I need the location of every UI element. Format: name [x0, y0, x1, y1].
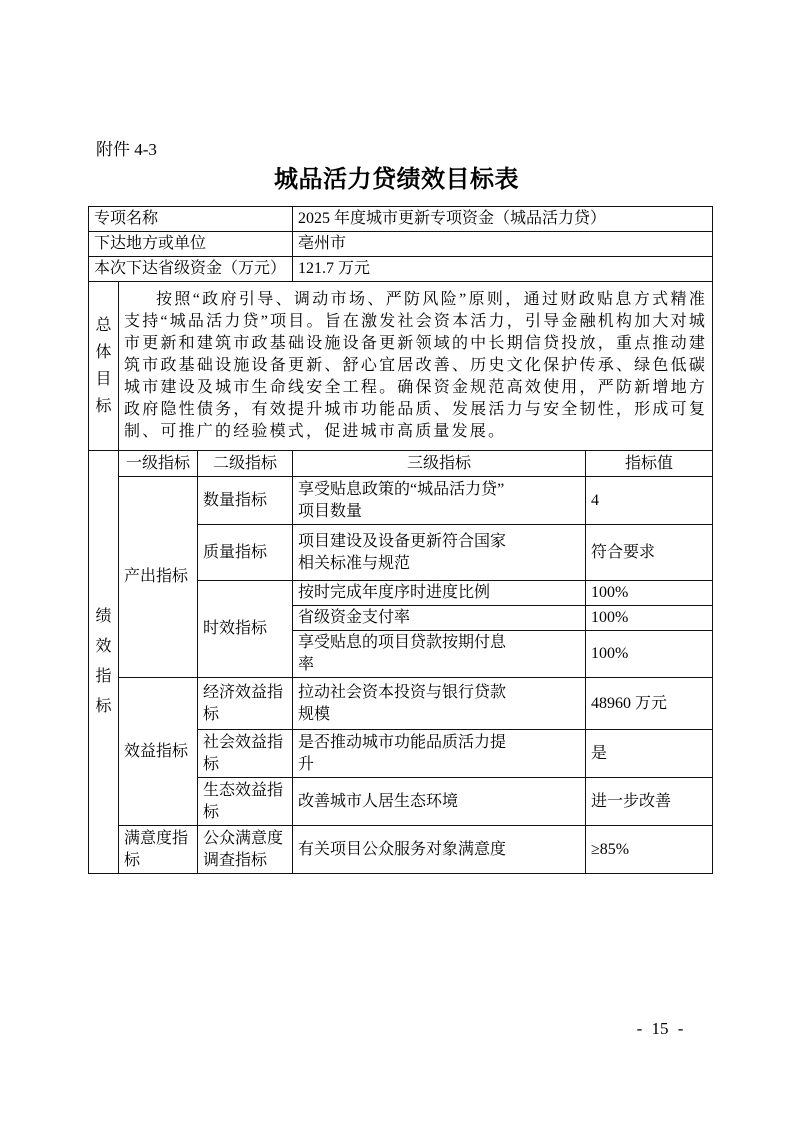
overall-goal-row: 总体目标 按照“政府引导、调动市场、严防风险”原则，通过财政贴息方式精准支持“城…: [89, 282, 713, 451]
level3-indicator-cell: 按时完成年度序时进度比例: [293, 581, 586, 606]
level2-indicator-cell: 经济效益指标: [198, 678, 293, 730]
indicator-value-cell: 进一步改善: [586, 778, 713, 826]
page-title: 城品活力贷绩效目标表: [0, 165, 793, 195]
info-label-cell: 下达地方或单位: [89, 232, 293, 257]
indicator-value-cell: 48960 万元: [586, 678, 713, 730]
level3-indicator-cell: 拉动社会资本投资与银行贷款 规模: [293, 678, 586, 730]
indicator-value-cell: ≥85%: [586, 826, 713, 874]
level1-indicator-cell: 满意度指标: [119, 826, 198, 874]
indicator-value-cell: 100%: [586, 631, 713, 678]
performance-target-table: 专项名称 2025 年度城市更新专项资金（城品活力贷） 下达地方或单位 亳州市 …: [88, 206, 713, 874]
overall-goal-text: 按照“政府引导、调动市场、严防风险”原则，通过财政贴息方式精准支持“城品活力贷”…: [119, 282, 713, 451]
level1-indicator-cell: 产出指标: [119, 477, 198, 678]
level2-indicator-cell: 公众满意度调查指标: [198, 826, 293, 874]
info-label-cell: 专项名称: [89, 207, 293, 232]
header-value: 指标值: [586, 451, 713, 477]
level2-indicator-cell: 数量指标: [198, 477, 293, 525]
level3-indicator-cell: 享受贴息政策的“城品活力贷” 项目数量: [293, 477, 586, 525]
level2-indicator-cell: 社会效益指标: [198, 730, 293, 778]
level1-indicator-cell: 效益指标: [119, 678, 198, 826]
indicator-value-cell: 4: [586, 477, 713, 525]
indicator-value-cell: 是: [586, 730, 713, 778]
level3-indicator-cell: 享受贴息的项目贷款按期付息 率: [293, 631, 586, 678]
info-label-cell: 本次下达省级资金（万元）: [89, 257, 293, 282]
header-level2: 二级指标: [198, 451, 293, 477]
header-level1: 一级指标: [119, 451, 198, 477]
document-page: 附件 4-3 城品活力贷绩效目标表 专项名称 2025 年度城市更新专项资金（城…: [0, 0, 793, 1122]
indicator-row: 满意度指标 公众满意度调查指标 有关项目公众服务对象满意度 ≥85%: [89, 826, 713, 874]
level3-indicator-cell: 改善城市人居生态环境: [293, 778, 586, 826]
page-number: - 15 -: [600, 1019, 720, 1039]
level2-indicator-cell: 时效指标: [198, 581, 293, 678]
info-value-cell: 亳州市: [293, 232, 713, 257]
info-row-project-name: 专项名称 2025 年度城市更新专项资金（城品活力贷）: [89, 207, 713, 232]
level3-indicator-cell: 项目建设及设备更新符合国家 相关标准与规范: [293, 525, 586, 581]
indicator-value-cell: 100%: [586, 606, 713, 631]
overall-goal-label: 总体目标: [89, 282, 119, 451]
info-value-cell: 2025 年度城市更新专项资金（城品活力贷）: [293, 207, 713, 232]
indicator-row: 产出指标 数量指标 享受贴息政策的“城品活力贷” 项目数量 4: [89, 477, 713, 525]
attachment-label: 附件 4-3: [96, 139, 157, 161]
info-value-cell: 121.7 万元: [293, 257, 713, 282]
header-level3: 三级指标: [293, 451, 586, 477]
indicator-header-row: 绩效指标 一级指标 二级指标 三级指标 指标值: [89, 451, 713, 477]
level3-indicator-cell: 是否推动城市功能品质活力提 升: [293, 730, 586, 778]
indicator-value-cell: 符合要求: [586, 525, 713, 581]
indicator-value-cell: 100%: [586, 581, 713, 606]
info-row-recipient: 下达地方或单位 亳州市: [89, 232, 713, 257]
info-row-funds: 本次下达省级资金（万元） 121.7 万元: [89, 257, 713, 282]
performance-indicator-label: 绩效指标: [89, 451, 119, 874]
level2-indicator-cell: 质量指标: [198, 525, 293, 581]
indicator-row: 效益指标 经济效益指标 拉动社会资本投资与银行贷款 规模 48960 万元: [89, 678, 713, 730]
level2-indicator-cell: 生态效益指标: [198, 778, 293, 826]
level3-indicator-cell: 省级资金支付率: [293, 606, 586, 631]
level3-indicator-cell: 有关项目公众服务对象满意度: [293, 826, 586, 874]
